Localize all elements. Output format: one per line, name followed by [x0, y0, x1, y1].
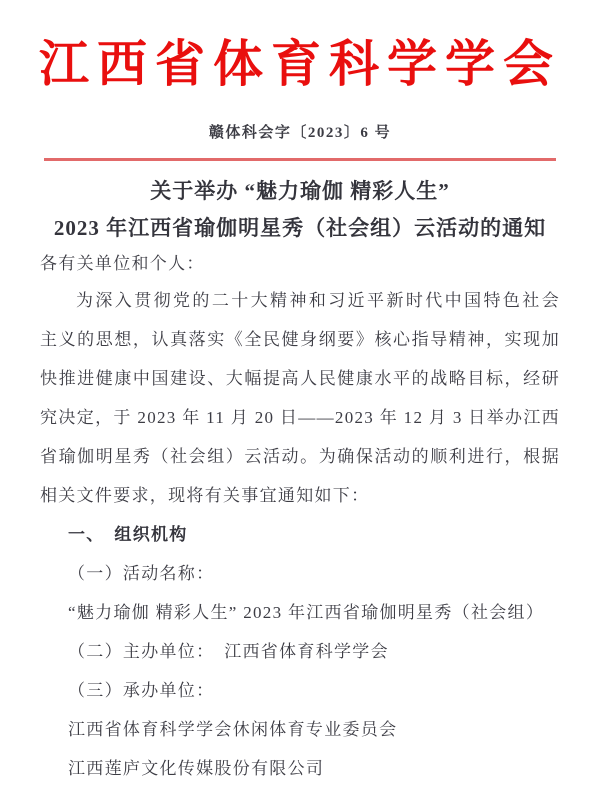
- notice-title: 关于举办 “魅力瑜伽 精彩人生” 2023 年江西省瑜伽明星秀（社会组）云活动的…: [0, 173, 600, 247]
- organizer-2: 江西莲庐文化传媒股份有限公司: [40, 749, 560, 788]
- paragraph-line-5: 省瑜伽明星秀（社会组）云活动。为确保活动的顺利进行，根据: [40, 437, 560, 476]
- notice-title-line1: 关于举办 “魅力瑜伽 精彩人生”: [0, 173, 600, 210]
- document-number: 赣体科会字〔2023〕6 号: [0, 122, 600, 144]
- letterhead-org-name: 江西省体育科学学会: [0, 0, 600, 94]
- paragraph-line-1: 为深入贯彻党的二十大精神和习近平新时代中国特色社会: [40, 281, 560, 320]
- item-activity-name-value: “魅力瑜伽 精彩人生” 2023 年江西省瑜伽明星秀（社会组）: [40, 593, 560, 632]
- organizer-1: 江西省体育科学学会休闲体育专业委员会: [40, 710, 560, 749]
- notice-title-line2: 2023 年江西省瑜伽明星秀（社会组）云活动的通知: [0, 210, 600, 247]
- paragraph-line-2: 主义的思想，认真落实《全民健身纲要》核心指导精神，实现加: [40, 320, 560, 359]
- item-activity-name-label: （一）活动名称：: [40, 554, 560, 593]
- red-divider-line: [44, 158, 556, 161]
- item-organizer-label: （三）承办单位：: [40, 671, 560, 710]
- item-host-unit: （二）主办单位： 江西省体育科学学会: [40, 632, 560, 671]
- paragraph-line-6: 相关文件要求，现将有关事宜通知如下：: [40, 476, 560, 515]
- document-body: 各有关单位和个人： 为深入贯彻党的二十大精神和习近平新时代中国特色社会 主义的思…: [40, 247, 560, 788]
- section-heading-organization: 一、 组织机构: [40, 515, 560, 554]
- paragraph-line-4: 究决定，于 2023 年 11 月 20 日——2023 年 12 月 3 日举…: [40, 398, 560, 437]
- paragraph-line-3: 快推进健康中国建设、大幅提高人民健康水平的战略目标，经研: [40, 359, 560, 398]
- salutation: 各有关单位和个人：: [40, 247, 560, 281]
- document-page: 江西省体育科学学会 赣体科会字〔2023〕6 号 关于举办 “魅力瑜伽 精彩人生…: [0, 0, 600, 799]
